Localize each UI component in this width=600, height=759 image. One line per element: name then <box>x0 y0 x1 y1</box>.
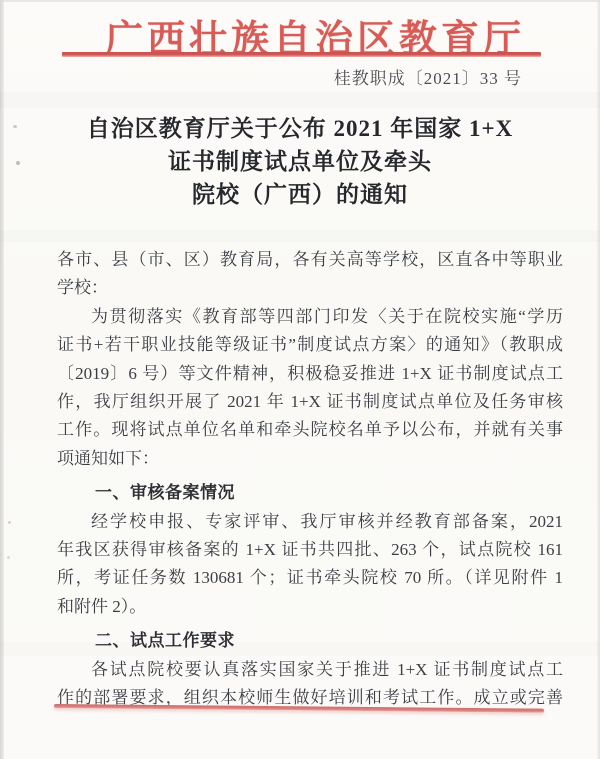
body-line: 和附件 2）。 <box>57 593 563 621</box>
document-title-line: 自治区教育厅关于公布 2021 年国家 1+X <box>0 112 600 145</box>
body-line: 〔2019〕6 号）等文件精神，积极稳妥推进 1+X 证书制度试点工 <box>57 360 563 388</box>
section-heading: 一、审核备案情况 <box>57 479 563 507</box>
body-line: 工作。现将试点单位名单和牵头院校名单予以公布，并就有关事 <box>57 416 563 444</box>
scan-streak <box>0 230 600 242</box>
body-line: 项通知如下： <box>57 445 563 473</box>
document-title-line: 院校（广西）的通知 <box>0 178 600 211</box>
section-heading: 二、试点工作要求 <box>57 627 563 655</box>
body-line: 年我区获得审核备案的 1+X 证书共四批、263 个，试点院校 161 <box>57 536 563 564</box>
body-line: 经学校申报、专家评审、我厅审核并经教育部备案，2021 <box>57 508 563 536</box>
scan-edge-top <box>0 0 600 2</box>
body-line: 为贯彻落实《教育部等四部门印发〈关于在院校实施“学历 <box>57 303 563 331</box>
body-line: 证书+若干职业技能等级证书”制度试点方案〉的通知》（教职成 <box>57 331 563 359</box>
scan-speck <box>7 556 10 559</box>
body-line: 所，考证任务数 130681 个；证书牵头院校 70 所。（详见附件 1 <box>57 564 563 592</box>
document-body: 各市、县（市、区）教育局，各有关高等学校，区直各中等职业 学校： 为贯彻落实《教… <box>57 246 563 713</box>
document-title: 自治区教育厅关于公布 2021 年国家 1+X 证书制度试点单位及牵头 院校（广… <box>0 112 600 211</box>
body-line: 作，我厅组织开展了 2021 年 1+X 证书制度试点单位及任务审核 <box>57 388 563 416</box>
scan-streak <box>0 92 600 108</box>
body-line: 各试点院校要认真落实国家关于推进 1+X 证书制度试点工 <box>57 656 563 684</box>
scanned-document-page: 广西壮族自治区教育厅 桂教职成〔2021〕33 号 自治区教育厅关于公布 202… <box>0 0 600 759</box>
document-title-line: 证书制度试点单位及牵头 <box>0 145 600 178</box>
letterhead-red-rule <box>62 52 541 57</box>
body-line: 学校： <box>57 274 563 302</box>
scan-speck <box>8 521 11 524</box>
body-line: 各市、县（市、区）教育局，各有关高等学校，区直各中等职业 <box>57 246 563 274</box>
document-number: 桂教职成〔2021〕33 号 <box>0 64 522 89</box>
